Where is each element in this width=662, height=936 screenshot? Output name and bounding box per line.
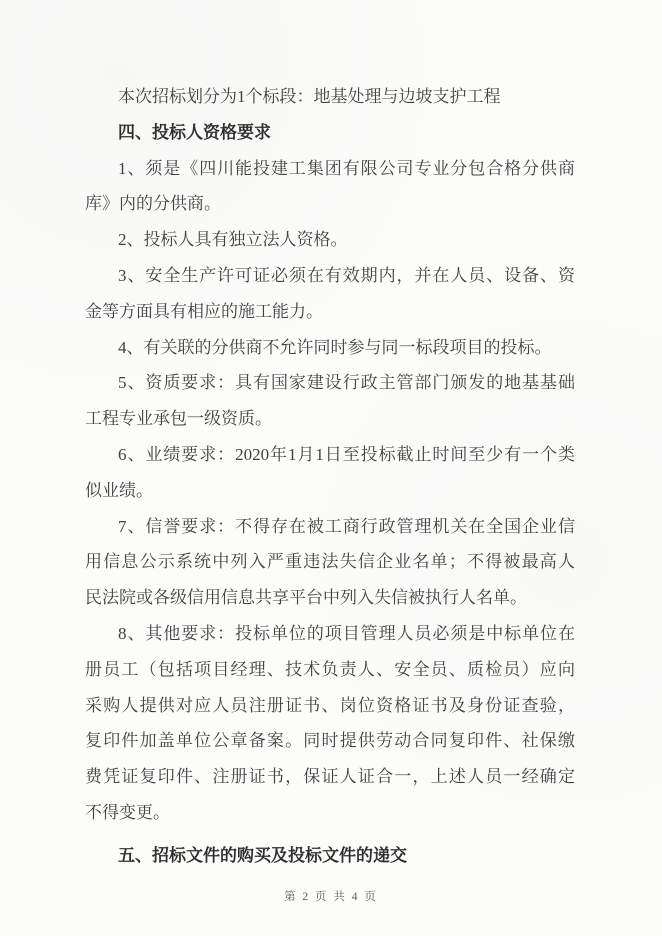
requirement-3-paragraph: 3、安全生产许可证必须在有效期内，并在人员、设备、资金等方面具有相应的施工能力。 [85, 258, 575, 330]
text-line: 似业绩。 [85, 473, 575, 509]
text-line: 3、安全生产许可证必须在有效期内，并在人员、设备、资 [85, 258, 575, 294]
requirement-8-paragraph: 8、其他要求：投标单位的项目管理人员必须是中标单位在册员工（包括项目经理、技术负… [85, 616, 575, 831]
section-heading-4: 四、投标人资格要求 [85, 115, 575, 151]
text-line: 工程专业承包一级资质。 [85, 401, 575, 437]
text-line: 费凭证复印件、注册证书，保证人证合一，上述人员一经确定 [85, 759, 575, 795]
requirement-5-paragraph: 5、资质要求：具有国家建设行政主管部门颁发的地基基础工程专业承包一级资质。 [85, 365, 575, 437]
document-page: 本次招标划分为1个标段：地基处理与边坡支护工程四、投标人资格要求1、须是《四川能… [0, 0, 662, 936]
requirement-1-paragraph: 1、须是《四川能投建工集团有限公司专业分包合格分供商库》内的分供商。 [85, 151, 575, 223]
requirement-6-paragraph: 6、业绩要求：2020年1月1日至投标截止时间至少有一个类似业绩。 [85, 437, 575, 509]
lot-division-paragraph: 本次招标划分为1个标段：地基处理与边坡支护工程 [85, 79, 575, 115]
requirement-4-paragraph: 4、有关联的分供商不允许同时参与同一标段项目的投标。 [85, 330, 575, 366]
text-line: 金等方面具有相应的施工能力。 [85, 294, 575, 330]
requirement-2-paragraph: 2、投标人具有独立法人资格。 [85, 222, 575, 258]
text-line: 册员工（包括项目经理、技术负责人、安全员、质检员）应向 [85, 652, 575, 688]
text-line: 四、投标人资格要求 [85, 115, 575, 151]
text-line: 1、须是《四川能投建工集团有限公司专业分包合格分供商 [85, 151, 575, 187]
text-line: 民法院或各级信用信息共享平台中列入失信被执行人名单。 [85, 580, 575, 616]
text-line: 用信息公示系统中列入严重违法失信企业名单；不得被最高人 [85, 544, 575, 580]
text-line: 8、其他要求：投标单位的项目管理人员必须是中标单位在 [85, 616, 575, 652]
text-line: 4、有关联的分供商不允许同时参与同一标段项目的投标。 [85, 330, 575, 366]
text-line: 五、招标文件的购买及投标文件的递交 [85, 838, 575, 874]
document-body: 本次招标划分为1个标段：地基处理与边坡支护工程四、投标人资格要求1、须是《四川能… [85, 79, 575, 874]
text-line: 5、资质要求：具有国家建设行政主管部门颁发的地基基础 [85, 365, 575, 401]
section-heading-5: 五、招标文件的购买及投标文件的递交 [85, 838, 575, 874]
text-line: 7、信誉要求：不得存在被工商行政管理机关在全国企业信 [85, 509, 575, 545]
text-line: 采购人提供对应人员注册证书、岗位资格证书及身份证查验， [85, 688, 575, 724]
text-line: 2、投标人具有独立法人资格。 [85, 222, 575, 258]
text-line: 6、业绩要求：2020年1月1日至投标截止时间至少有一个类 [85, 437, 575, 473]
text-line: 复印件加盖单位公章备案。同时提供劳动合同复印件、社保缴 [85, 723, 575, 759]
page-number-footer: 第 2 页 共 4 页 [0, 888, 662, 904]
text-line: 库》内的分供商。 [85, 186, 575, 222]
text-line: 本次招标划分为1个标段：地基处理与边坡支护工程 [85, 79, 575, 115]
requirement-7-paragraph: 7、信誉要求：不得存在被工商行政管理机关在全国企业信用信息公示系统中列入严重违法… [85, 509, 575, 616]
text-line: 不得变更。 [85, 795, 575, 831]
